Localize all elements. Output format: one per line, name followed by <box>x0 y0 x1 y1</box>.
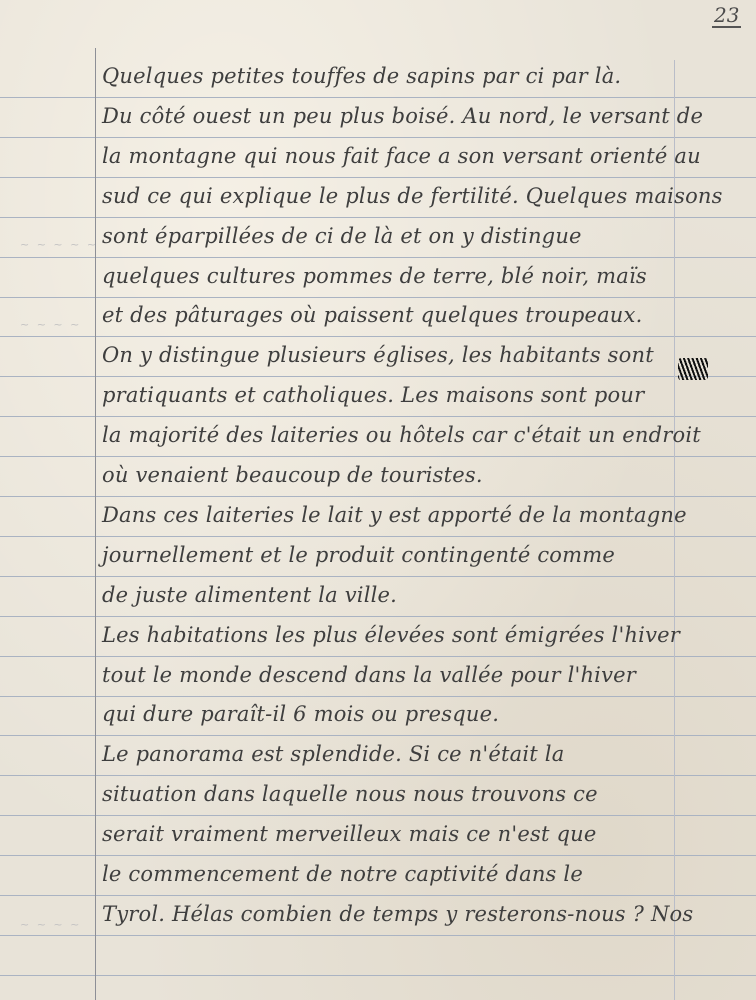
text-line: Dans ces laiteries le lait y est apporté… <box>102 503 687 527</box>
ruling-line <box>0 735 756 736</box>
ruling-line <box>0 895 756 896</box>
ruling-line <box>0 935 756 936</box>
text-line: Quelques petites touffes de sapins par c… <box>102 64 621 88</box>
ruling-line <box>0 257 756 258</box>
page-number: 23 <box>712 4 741 28</box>
ruling-line <box>0 456 756 457</box>
text-line: la montagne qui nous fait face a son ver… <box>102 144 701 168</box>
text-line: serait vraiment merveilleux mais ce n'es… <box>102 822 596 846</box>
bleed-through-text: ~ ~ ~ ~ <box>20 918 81 931</box>
text-line: la majorité des laiteries ou hôtels car … <box>102 423 701 447</box>
ruling-line <box>0 616 756 617</box>
text-line: le commencement de notre captivité dans … <box>102 862 583 886</box>
text-line: Les habitations les plus élevées sont ém… <box>102 623 680 647</box>
text-line: tout le monde descend dans la vallée pou… <box>102 663 636 687</box>
notebook-page: 23 ~ ~ ~ ~ ~ ~ ~ ~ ~ ~ ~ ~ ~ Quelques pe… <box>0 0 756 1000</box>
text-line: de juste alimentent la ville. <box>102 583 397 607</box>
ruling-line <box>0 696 756 697</box>
text-line: sont éparpillées de ci de là et on y dis… <box>102 224 582 248</box>
ruling-line <box>0 177 756 178</box>
ruling-line <box>0 97 756 98</box>
ruling-line <box>0 536 756 537</box>
text-line: journellement et le produit contingenté … <box>102 543 615 567</box>
text-line: qui dure paraît-il 6 mois ou presque. <box>102 702 499 726</box>
text-line: Tyrol. Hélas combien de temps y resteron… <box>102 902 693 926</box>
text-line: où venaient beaucoup de touristes. <box>102 463 483 487</box>
ruling-line <box>0 576 756 577</box>
text-line: On y distingue plusieurs églises, les ha… <box>102 343 654 367</box>
bleed-through-text: ~ ~ ~ ~ ~ <box>20 238 98 251</box>
ruling-line <box>0 855 756 856</box>
ruling-line <box>0 815 756 816</box>
text-line: quelques cultures pommes de terre, blé n… <box>102 264 647 288</box>
text-line: pratiquants et catholiques. Les maisons … <box>102 383 644 407</box>
ruling-line <box>0 496 756 497</box>
text-line: et des pâturages où paissent quelques tr… <box>102 303 642 327</box>
text-line: Le panorama est splendide. Si ce n'était… <box>102 742 564 766</box>
left-margin-line <box>95 48 96 1000</box>
crossed-out-word <box>678 358 708 380</box>
ruling-line <box>0 297 756 298</box>
ruling-line <box>0 775 756 776</box>
ruling-line <box>0 137 756 138</box>
ruling-line <box>0 416 756 417</box>
ruling-line <box>0 656 756 657</box>
ruling-line <box>0 217 756 218</box>
ruling-line <box>0 975 756 976</box>
ruling-line <box>0 376 756 377</box>
ruling-line <box>0 336 756 337</box>
bleed-through-text: ~ ~ ~ ~ <box>20 318 81 331</box>
text-line: sud ce qui explique le plus de fertilité… <box>102 184 723 208</box>
text-line: Du côté ouest un peu plus boisé. Au nord… <box>102 104 703 128</box>
text-line: situation dans laquelle nous nous trouvo… <box>102 782 598 806</box>
